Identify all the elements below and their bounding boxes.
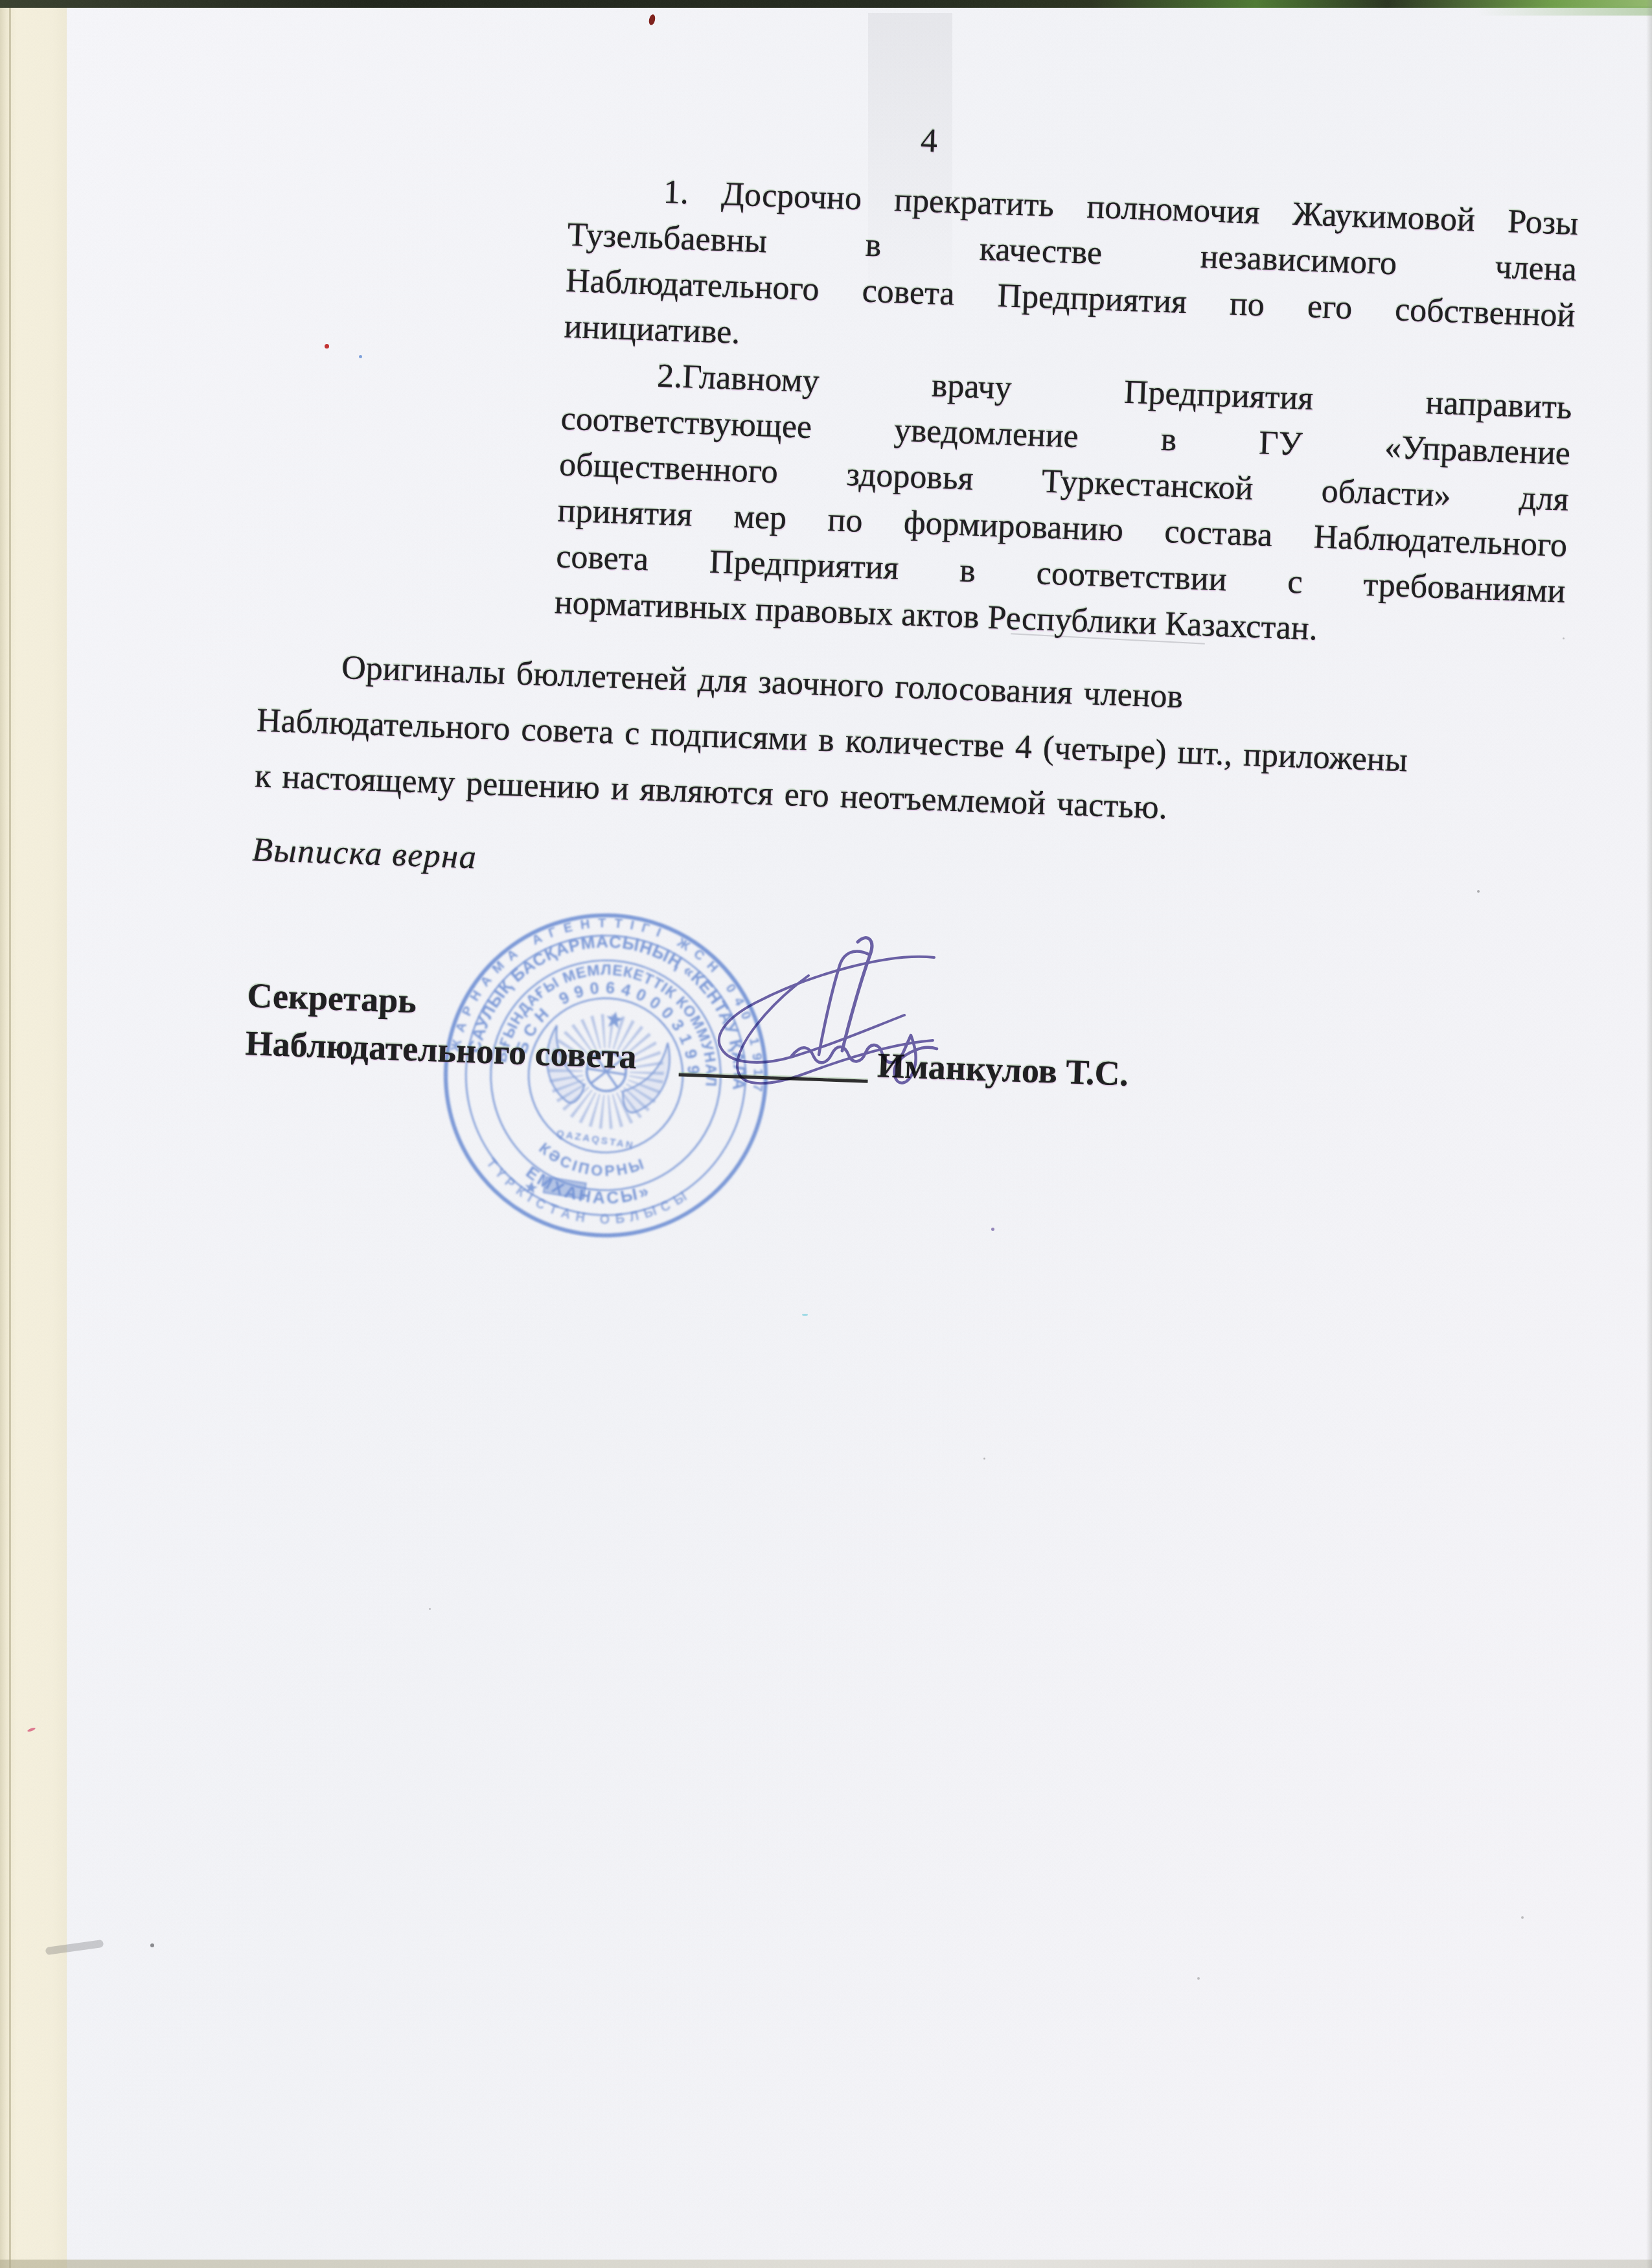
scan-speck <box>150 1943 154 1947</box>
scan-bottom-edge <box>0 2260 1652 2268</box>
scan-top-edge <box>0 0 1652 8</box>
scan-speck-cyan <box>802 1314 808 1316</box>
scan-speck <box>1197 1977 1200 1980</box>
scan-speck-blue <box>359 355 362 358</box>
scan-speck-violet <box>991 1228 994 1231</box>
stamp-emblem-caption: QAZAQSTAN <box>556 1128 636 1151</box>
scan-speck <box>1563 637 1565 639</box>
attachment-paragraph: Оригиналы бюллетеней для заочного голосо… <box>254 637 1550 849</box>
scan-speck-red <box>325 344 329 349</box>
scan-speck <box>429 1608 431 1610</box>
scan-crease-line <box>9 0 11 2268</box>
scan-speck <box>983 1458 985 1460</box>
scan-speck <box>1521 1916 1524 1919</box>
handwritten-signature <box>694 920 986 1114</box>
scan-top-green-glow <box>1477 6 1652 16</box>
scan-right-edge <box>1646 0 1652 2268</box>
resolution-item-1: 1. Досрочно прекратить полномочия Жауким… <box>564 166 1579 385</box>
scanned-document-page: { "page": { "number": "4" }, "body": { "… <box>0 0 1652 2268</box>
resolution-item-2: 2.Главному врачу Предприятия направить с… <box>554 350 1573 661</box>
scan-speck <box>1477 890 1480 893</box>
